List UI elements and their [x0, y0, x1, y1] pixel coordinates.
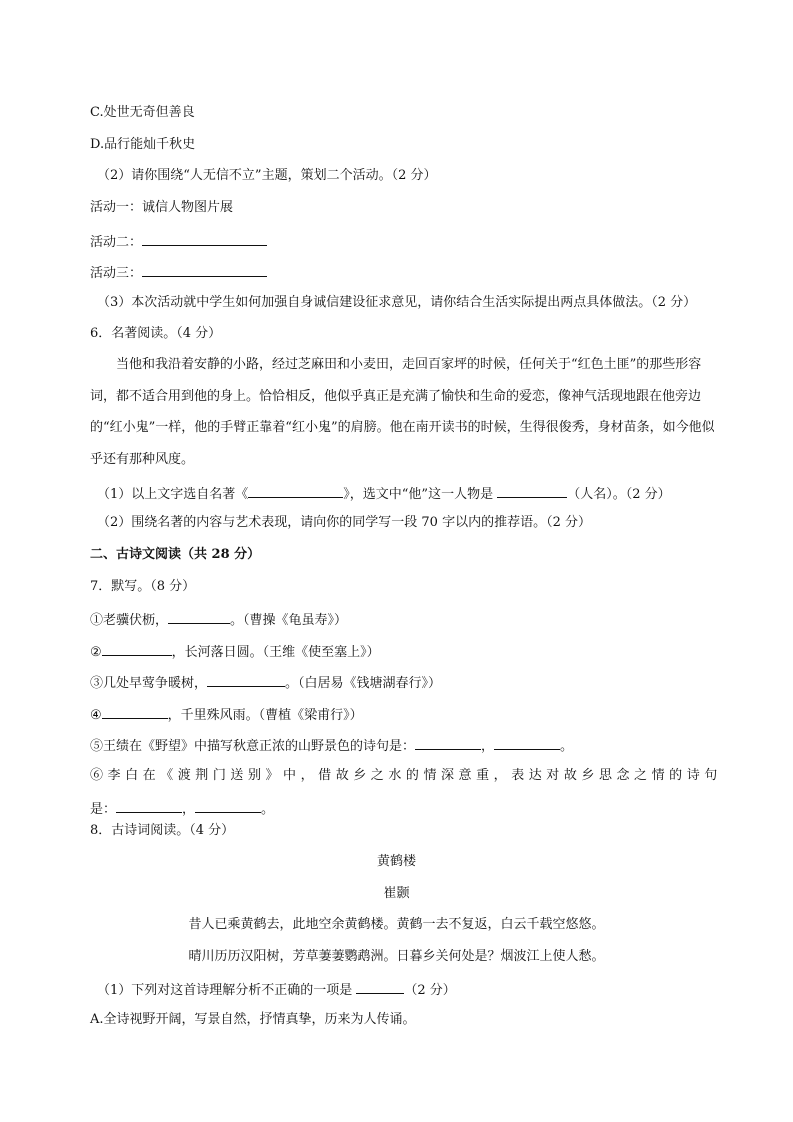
q7-item4-text-a: ④: [90, 708, 102, 723]
activity3-label: 活动三：: [90, 266, 142, 281]
q5-sub3: （3）本次活动就中学生如何加强自身诚信建设征求意见，请你结合生活实际提出两点具体…: [97, 294, 696, 312]
q7-item2-text-a: ②: [90, 645, 102, 660]
q6-sub1-text-b: 》，选文中“他”这一人物是: [343, 487, 497, 502]
q6-sub1-text-a: （1）以上文字选自名著《: [97, 487, 248, 502]
q7-item1-text-b: 。（曹操《龟虽寿》）: [230, 613, 347, 628]
activity1-label: 活动一：: [90, 200, 142, 215]
q7-item1: ①老骥伏枥，。（曹操《龟虽寿》）: [90, 609, 347, 630]
q7-item6-blank-1[interactable]: [116, 798, 182, 813]
q7-item5-blank-2[interactable]: [494, 735, 560, 750]
book-title-blank[interactable]: [248, 483, 343, 498]
q8-sub1-text-a: （1）下列对这首诗理解分析不正确的一项是: [97, 983, 356, 998]
q7-item4: ④，千里殊风雨。（曹植《梁甫行》）: [90, 704, 363, 725]
q7-item5-end: 。: [560, 739, 573, 754]
q6-sub2: （2）围绕名著的内容与艺术表现，请向你的同学写一段 70 字以内的推荐语。（2 …: [97, 514, 591, 532]
q5-option-c: C.处世无奇但善良: [90, 104, 195, 122]
q6-sub1-text-c: （人名）。（2 分）: [567, 487, 670, 502]
q7-item6-line2: 是：，。: [90, 798, 274, 819]
q8-sub1: （1）下列对这首诗理解分析不正确的一项是 （2 分）: [97, 979, 456, 1000]
q7-item2: ②，长河落日圆。（王维《使至塞上》）: [90, 641, 380, 662]
activity1-value: 诚信人物图片展: [142, 200, 233, 215]
q7-item4-text-b: ，千里殊风雨。（曹植《梁甫行》）: [168, 708, 363, 723]
activity3-blank[interactable]: [142, 262, 267, 277]
q7-item3-text-a: ③几处早莺争暖树，: [90, 676, 207, 691]
q6-title: 6．名著阅读。（4 分）: [90, 325, 221, 343]
q7-item6-line1: ⑥李白在《渡荆门送别》中，借故乡之水的情深意重，表达对故乡思念之情的诗句: [90, 767, 720, 785]
q7-item1-blank[interactable]: [168, 609, 230, 624]
q8-option-a: A.全诗视野开阔，写景自然，抒情真挚，历来为人传诵。: [90, 1011, 416, 1029]
q5-activity3: 活动三：: [90, 262, 267, 283]
q5-sub2: （2）请你围绕“人无信不立”主题，策划二个活动。（2 分）: [97, 167, 436, 185]
q6-passage: 当他和我沿着安静的小路，经过芝麻田和小麦田，走回百家坪的时候，任何关于“红色土匪…: [90, 349, 720, 475]
q7-item6-blank-2[interactable]: [195, 798, 261, 813]
activity2-label: 活动二：: [90, 235, 142, 250]
poem-line-1: 昔人已乘黄鹤去，此地空余黄鹤楼。黄鹤一去不复返，白云千载空悠悠。: [0, 916, 793, 934]
q7-item4-blank[interactable]: [102, 704, 168, 719]
person-name-blank[interactable]: [497, 483, 567, 498]
q7-item6-sep: ，: [182, 802, 195, 817]
q7-item3-blank[interactable]: [207, 672, 285, 687]
poem-line-2: 晴川历历汉阳树，芳草萋萋鹦鹉洲。日暮乡关何处是？烟波江上使人愁。: [0, 948, 793, 966]
q7-item5-blank-1[interactable]: [415, 735, 481, 750]
q7-title: 7．默写。（8 分）: [90, 578, 195, 596]
q5-activity2: 活动二：: [90, 231, 267, 252]
q7-item6-text-a: 是：: [90, 802, 116, 817]
q5-option-d: D.品行能灿千秋史: [90, 136, 195, 154]
section2-heading: 二、古诗文阅读（共 28 分）: [90, 546, 260, 564]
q7-item5-sep: ，: [481, 739, 494, 754]
poem-author: 崔颢: [0, 885, 793, 903]
q7-item2-text-b: ，长河落日圆。（王维《使至塞上》）: [172, 645, 380, 660]
q7-item3-text-b: 。（白居易《钱塘湖春行》）: [285, 676, 441, 691]
q7-item3: ③几处早莺争暖树，。（白居易《钱塘湖春行》）: [90, 672, 441, 693]
q8-sub1-text-b: （2 分）: [404, 983, 455, 998]
q5-activity1: 活动一：诚信人物图片展: [90, 199, 233, 217]
q7-item2-blank[interactable]: [102, 641, 172, 656]
q8-sub1-blank[interactable]: [356, 979, 404, 994]
q8-title: 8．古诗词阅读。（4 分）: [90, 822, 234, 840]
q7-item6-end: 。: [261, 802, 274, 817]
q7-item5: ⑤王绩在《野望》中描写秋意正浓的山野景色的诗句是：，。: [90, 735, 573, 756]
q7-item5-text-a: ⑤王绩在《野望》中描写秋意正浓的山野景色的诗句是：: [90, 739, 415, 754]
q6-sub1: （1）以上文字选自名著《》，选文中“他”这一人物是 （人名）。（2 分）: [97, 483, 671, 504]
q7-item1-text-a: ①老骥伏枥，: [90, 613, 168, 628]
poem-title: 黄鹤楼: [0, 853, 793, 871]
activity2-blank[interactable]: [142, 231, 267, 246]
